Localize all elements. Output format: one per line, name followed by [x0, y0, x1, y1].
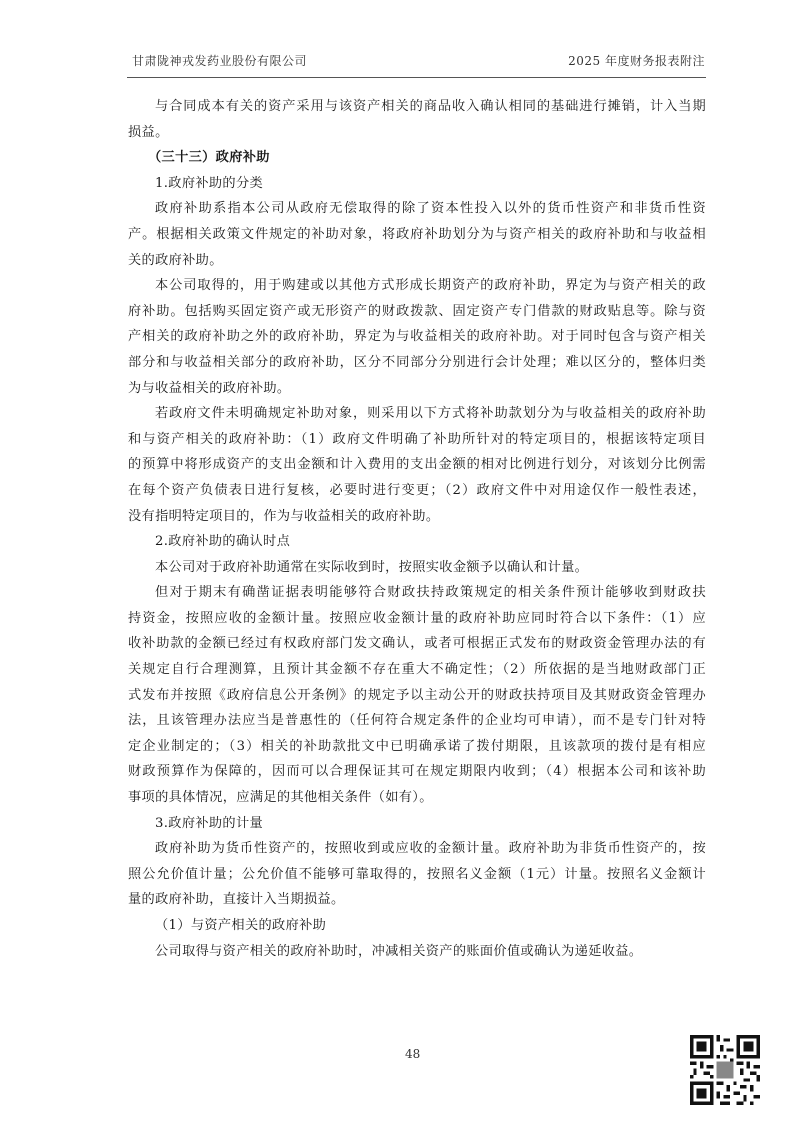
page-header: 甘肃陇神戎发药业股份有限公司 2025 年度财务报表附注 [128, 52, 705, 72]
subsection-heading: 2.政府补助的确认时点 [128, 529, 706, 555]
paragraph-line: 的预算中将形成资产的支出金额和计入费用的支出金额的相对比例进行划分，对该划分比例… [128, 452, 706, 478]
paragraph-line: 式发布并按照《政府信息公开条例》的规定予以主动公开的财政扶持项目及其财政资金管理… [128, 683, 706, 709]
subsection-heading: （1）与资产相关的政府补助 [128, 913, 706, 939]
paragraph-line: 在每个资产负债表日进行复核，必要时进行变更；（2）政府文件中对用途仅作一般性表述… [128, 478, 706, 504]
paragraph-line: 为与收益相关的政府补助。 [128, 376, 706, 402]
paragraph-line: 财政预算作为保障的，因而可以合理保证其可在规定期限内收到；（4）根据本公司和该补… [128, 759, 706, 785]
header-divider [127, 77, 706, 78]
paragraph-line: 事项的具体情况，应满足的其他相关条件（如有）。 [128, 785, 706, 811]
paragraph-line: 关规定自行合理测算，且预计其金额不存在重大不确定性；（2）所依据的是当地财政部门… [128, 657, 706, 683]
paragraph-line: 持资金，按照应收的金额计量。按照应收金额计量的政府补助应同时符合以下条件：（1）… [128, 606, 706, 632]
paragraph-line: 本公司取得的，用于购建或以其他方式形成长期资产的政府补助，界定为与资产相关的政 [128, 273, 706, 299]
paragraph-line: 公司取得与资产相关的政府补助时，冲减相关资产的账面价值或确认为递延收益。 [128, 939, 706, 965]
paragraph-line: 产。根据相关政策文件规定的补助对象，将政府补助划分为与资产相关的政府补助和与收益… [128, 222, 706, 248]
paragraph-line: 政府补助为货币性资产的，按照收到或应收的金额计量。政府补助为非货币性资产的，按 [128, 836, 706, 862]
report-title: 2025 年度财务报表附注 [568, 52, 705, 69]
paragraph-line: 法，且该管理办法应当是普惠性的（任何符合规定条件的企业均可申请），而不是专门针对… [128, 708, 706, 734]
paragraph-line: 关的政府补助。 [128, 248, 706, 274]
subsection-heading: 3.政府补助的计量 [128, 811, 706, 837]
paragraph-line: 与合同成本有关的资产采用与该资产相关的商品收入确认相同的基础进行摊销，计入当期 [128, 94, 706, 120]
paragraph-line: 定企业制定的；（3）相关的补助款批文中已明确承诺了拨付期限，且该款项的拨付是有相… [128, 734, 706, 760]
paragraph-line: 部分和与收益相关部分的政府补助，区分不同部分分别进行会计处理；难以区分的，整体归… [128, 350, 706, 376]
subsection-heading: 1.政府补助的分类 [128, 171, 706, 197]
paragraph-line: 产相关的政府补助之外的政府补助，界定为与收益相关的政府补助。对于同时包含与资产相… [128, 324, 706, 350]
paragraph-line: 本公司对于政府补助通常在实际收到时，按照实收金额予以确认和计量。 [128, 555, 706, 581]
paragraph-line: 政府补助系指本公司从政府无偿取得的除了资本性投入以外的货币性资产和非货币性资 [128, 196, 706, 222]
qr-code-icon [690, 1035, 760, 1105]
section-heading: （三十三）政府补助 [128, 145, 706, 171]
paragraph-line: 量的政府补助，直接计入当期损益。 [128, 887, 706, 913]
paragraph-line: 收补助款的金额已经过有权政府部门发文确认，或者可根据正式发布的财政资金管理办法的… [128, 631, 706, 657]
paragraph-line: 若政府文件未明确规定补助对象，则采用以下方式将补助款划分为与收益相关的政府补助 [128, 401, 706, 427]
paragraph-line: 府补助。包括购买固定资产或无形资产的财政拨款、固定资产专门借款的财政贴息等。除与… [128, 299, 706, 325]
paragraph-line: 但对于期末有确凿证据表明能够符合财政扶持政策规定的相关条件预计能够收到财政扶 [128, 580, 706, 606]
document-body: 与合同成本有关的资产采用与该资产相关的商品收入确认相同的基础进行摊销，计入当期 … [128, 94, 706, 964]
paragraph-line: 损益。 [128, 120, 706, 146]
company-name: 甘肃陇神戎发药业股份有限公司 [132, 52, 307, 69]
paragraph-line: 照公允价值计量；公允价值不能够可靠取得的，按照名义金额（1元）计量。按照名义金额… [128, 862, 706, 888]
page-number: 48 [405, 1047, 420, 1061]
paragraph-line: 没有指明特定项目的，作为与收益相关的政府补助。 [128, 504, 706, 530]
paragraph-line: 和与资产相关的政府补助：（1）政府文件明确了补助所针对的特定项目的，根据该特定项… [128, 427, 706, 453]
